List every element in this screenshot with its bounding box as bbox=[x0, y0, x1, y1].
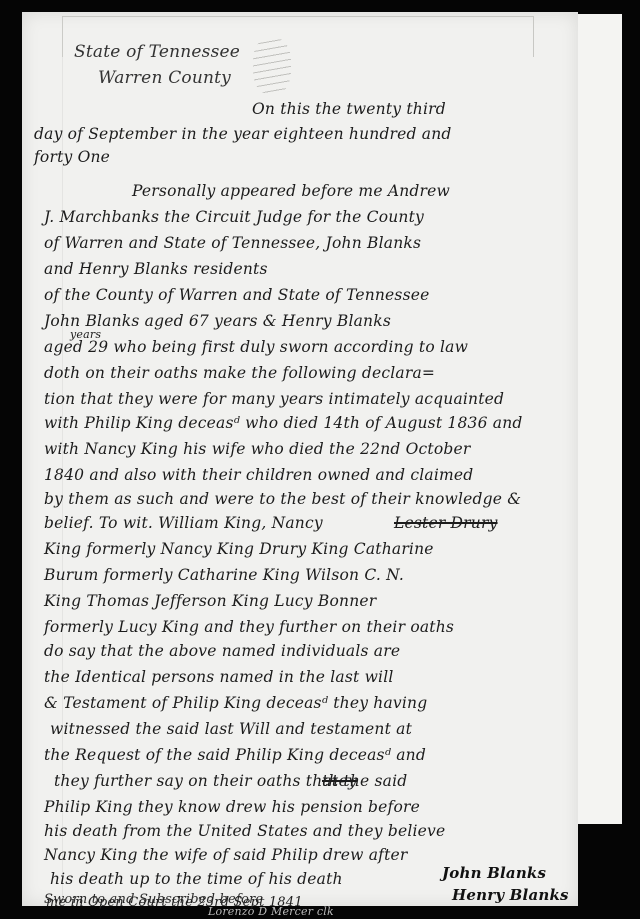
body-line: do say that the above named individuals … bbox=[44, 642, 400, 660]
body-line: with Philip King deceasᵈ who died 14th o… bbox=[44, 414, 523, 432]
body-line: & Testament of Philip King deceasᵈ they … bbox=[44, 694, 427, 712]
body-line: the Identical persons named in the last … bbox=[44, 668, 394, 686]
jurat-line-1: Sworn to and Subscribed before bbox=[44, 892, 263, 907]
body-line: of Warren and State of Tennessee, John B… bbox=[44, 234, 421, 252]
body-line: his death up to the time of his death bbox=[50, 870, 343, 888]
body-line: aged 29 who being first duly sworn accor… bbox=[44, 338, 468, 356]
struck-text: they bbox=[322, 772, 357, 790]
body-line: his death from the United States and the… bbox=[44, 822, 445, 840]
body-line: doth on their oaths make the following d… bbox=[44, 364, 435, 382]
struck-text: Lester Drury bbox=[394, 514, 498, 532]
body-line: Philip King they know drew his pension b… bbox=[44, 798, 420, 816]
body-line: with Nancy King his wife who died the 22… bbox=[44, 440, 471, 458]
body-line: On this the twenty third bbox=[252, 100, 446, 118]
body-line: King Thomas Jefferson King Lucy Bonner bbox=[44, 592, 376, 610]
body-line: and Henry Blanks residents bbox=[44, 260, 268, 278]
body-line: J. Marchbanks the Circuit Judge for the … bbox=[44, 208, 424, 226]
body-line: Nancy King the wife of said Philip drew … bbox=[44, 846, 408, 864]
signature-john-blanks: John Blanks bbox=[442, 864, 546, 882]
document-page: State of Tennessee Warren County On this… bbox=[22, 12, 578, 906]
signature-henry-blanks: Henry Blanks bbox=[452, 886, 569, 904]
body-line: Personally appeared before me Andrew bbox=[132, 182, 450, 200]
body-line: King formerly Nancy King Drury King Cath… bbox=[44, 540, 434, 558]
heading-state: State of Tennessee bbox=[74, 42, 240, 62]
body-line: formerly Lucy King and they further on t… bbox=[44, 618, 454, 636]
heading-county: Warren County bbox=[98, 68, 231, 88]
body-line: of the County of Warren and State of Ten… bbox=[44, 286, 429, 304]
body-line: tion that they were for many years intim… bbox=[44, 390, 504, 408]
body-line: the Request of the said Philip King dece… bbox=[44, 746, 426, 764]
body-line: witnessed the said last Will and testame… bbox=[50, 720, 412, 738]
body-line: Burum formerly Catharine King Wilson C. … bbox=[44, 566, 404, 584]
bracket-flourish bbox=[253, 38, 291, 94]
body-line: day of September in the year eighteen hu… bbox=[34, 125, 452, 143]
body-line: by them as such and were to the best of … bbox=[44, 490, 521, 508]
body-line: 1840 and also with their children owned … bbox=[44, 466, 473, 484]
body-line: belief. To wit. William King, Nancy bbox=[44, 514, 323, 532]
body-line: forty One bbox=[34, 148, 110, 166]
